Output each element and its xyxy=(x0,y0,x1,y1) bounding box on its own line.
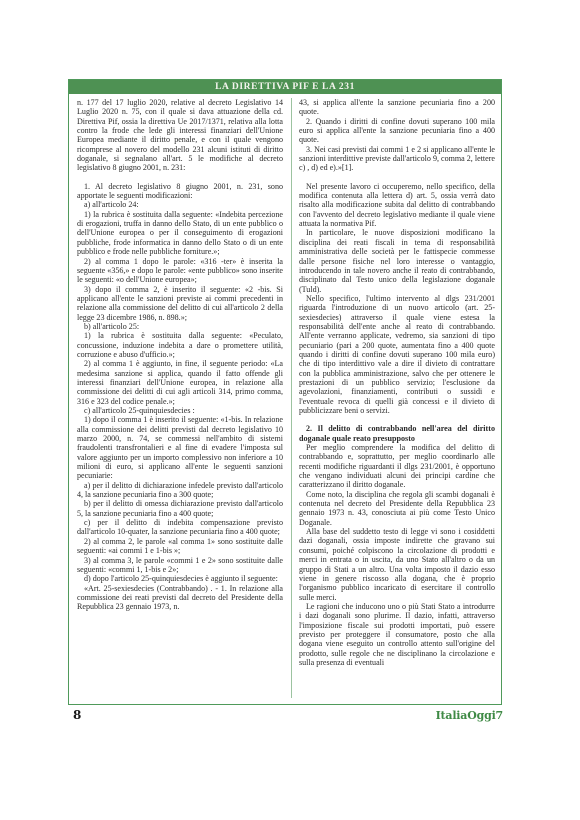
column-divider xyxy=(291,98,292,698)
publication-logo: ItaliaOggi7 xyxy=(436,709,503,722)
paragraph: 1) la rubrica è sostituita dalla seguent… xyxy=(77,210,283,257)
paragraph: c) all'articolo 25-quinquiesdecies : xyxy=(77,406,283,415)
paragraph: Nello specifico, l'ultimo intervento al … xyxy=(299,294,495,415)
paragraph: 3. Nei casi previsti dai commi 1 e 2 si … xyxy=(299,145,495,173)
paragraph: 1) dopo il comma 1 è inserito il seguent… xyxy=(77,415,283,480)
section-title: LA DIRETTIVA PIF E LA 231 xyxy=(69,80,501,94)
left-column: n. 177 del 17 luglio 2020, relative al d… xyxy=(77,98,283,700)
paragraph: b) all'articolo 25: xyxy=(77,322,283,331)
paragraph: «Art. 25-sexiesdecies (Contrabbando) . -… xyxy=(77,584,283,612)
paragraph: Nel presente lavoro ci occuperemo, nello… xyxy=(299,182,495,229)
paragraph: Alla base del suddetto testo di legge vi… xyxy=(299,527,495,602)
paragraph: c) per il delitto di indebita compensazi… xyxy=(77,518,283,537)
paragraph: 1) la rubrica è sostituita dalla seguent… xyxy=(77,331,283,359)
paragraph: 2) al comma 2, le parole «al comma 1» so… xyxy=(77,537,283,556)
section-heading: 2. Il delitto di contrabbando nell'area … xyxy=(299,424,495,443)
paragraph: 43, si applica all'ente la sanzione pecu… xyxy=(299,98,495,117)
paragraph: a) all'articolo 24: xyxy=(77,200,283,209)
paragraph: b) per il delitto di omessa dichiarazion… xyxy=(77,499,283,518)
paragraph: In particolare, le nuove disposizioni mo… xyxy=(299,228,495,293)
paragraph: 2) al comma 1 dopo le parole: «316 -ter»… xyxy=(77,257,283,285)
paragraph: n. 177 del 17 luglio 2020, relative al d… xyxy=(77,98,283,173)
paragraph: Le ragioni che inducono uno o più Stati … xyxy=(299,602,495,667)
page-number: 8 xyxy=(73,708,81,722)
paragraph: a) per il delitto di dichiarazione infed… xyxy=(77,481,283,500)
paragraph: Per meglio comprendere la modifica del d… xyxy=(299,443,495,490)
paragraph: d) dopo l'articolo 25-quinquiesdecies è … xyxy=(77,574,283,583)
article-columns: n. 177 del 17 luglio 2020, relative al d… xyxy=(69,94,501,704)
paragraph: 3) dopo il comma 2, è inserito il seguen… xyxy=(77,285,283,322)
article-box: LA DIRETTIVA PIF E LA 231 n. 177 del 17 … xyxy=(68,79,502,705)
paragraph: 3) al comma 3, le parole «commi 1 e 2» s… xyxy=(77,556,283,575)
paragraph: Come noto, la disciplina che regola gli … xyxy=(299,490,495,527)
paragraph: 2. Quando i diritti di confine dovuti su… xyxy=(299,117,495,145)
paragraph: 1. Al decreto legislativo 8 giugno 2001,… xyxy=(77,182,283,201)
right-column: 43, si applica all'ente la sanzione pecu… xyxy=(299,98,495,700)
paragraph: 2) al comma 1 è aggiunto, in fine, il se… xyxy=(77,359,283,406)
